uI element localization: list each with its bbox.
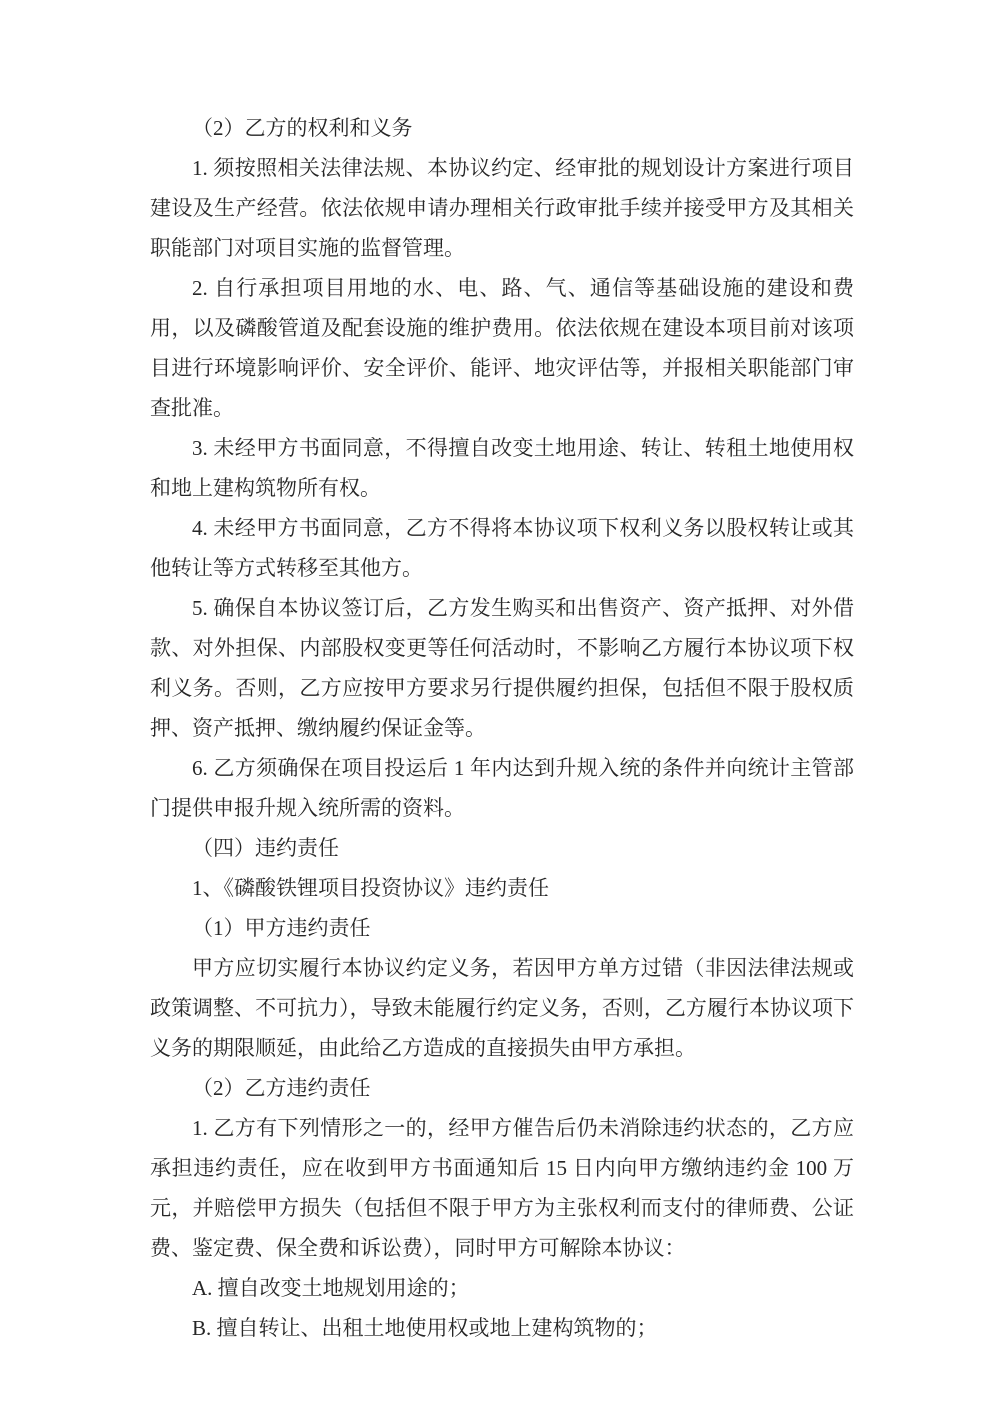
list-item: A. 擅自改变土地规划用途的；	[150, 1268, 854, 1308]
section-subheading: （2）乙方的权利和义务	[150, 108, 854, 148]
list-item: B. 擅自转让、出租土地使用权或地上建构筑物的；	[150, 1308, 854, 1348]
paragraph: 6. 乙方须确保在项目投运后 1 年内达到升规入统的条件并向统计主管部门提供申报…	[150, 748, 854, 828]
paragraph: 5. 确保自本协议签订后，乙方发生购买和出售资产、资产抵押、对外借款、对外担保、…	[150, 588, 854, 748]
section-subheading: （四）违约责任	[150, 828, 854, 868]
section-subheading: （1）甲方违约责任	[150, 908, 854, 948]
paragraph: 甲方应切实履行本协议约定义务，若因甲方单方过错（非因法律法规或政策调整、不可抗力…	[150, 948, 854, 1068]
paragraph: 1. 乙方有下列情形之一的，经甲方催告后仍未消除违约状态的，乙方应承担违约责任，…	[150, 1108, 854, 1268]
paragraph: 1. 须按照相关法律法规、本协议约定、经审批的规划设计方案进行项目建设及生产经营…	[150, 148, 854, 268]
paragraph: 4. 未经甲方书面同意，乙方不得将本协议项下权利义务以股权转让或其他转让等方式转…	[150, 508, 854, 588]
paragraph: 2. 自行承担项目用地的水、电、路、气、通信等基础设施的建设和费用，以及磷酸管道…	[150, 268, 854, 428]
paragraph: 3. 未经甲方书面同意，不得擅自改变土地用途、转让、转租土地使用权和地上建构筑物…	[150, 428, 854, 508]
section-subheading: （2）乙方违约责任	[150, 1068, 854, 1108]
document-text-block: （2）乙方的权利和义务 1. 须按照相关法律法规、本协议约定、经审批的规划设计方…	[150, 108, 854, 1348]
section-subheading: 1、《磷酸铁锂项目投资协议》违约责任	[150, 868, 854, 908]
document-page: （2）乙方的权利和义务 1. 须按照相关法律法规、本协议约定、经审批的规划设计方…	[0, 0, 1000, 1414]
